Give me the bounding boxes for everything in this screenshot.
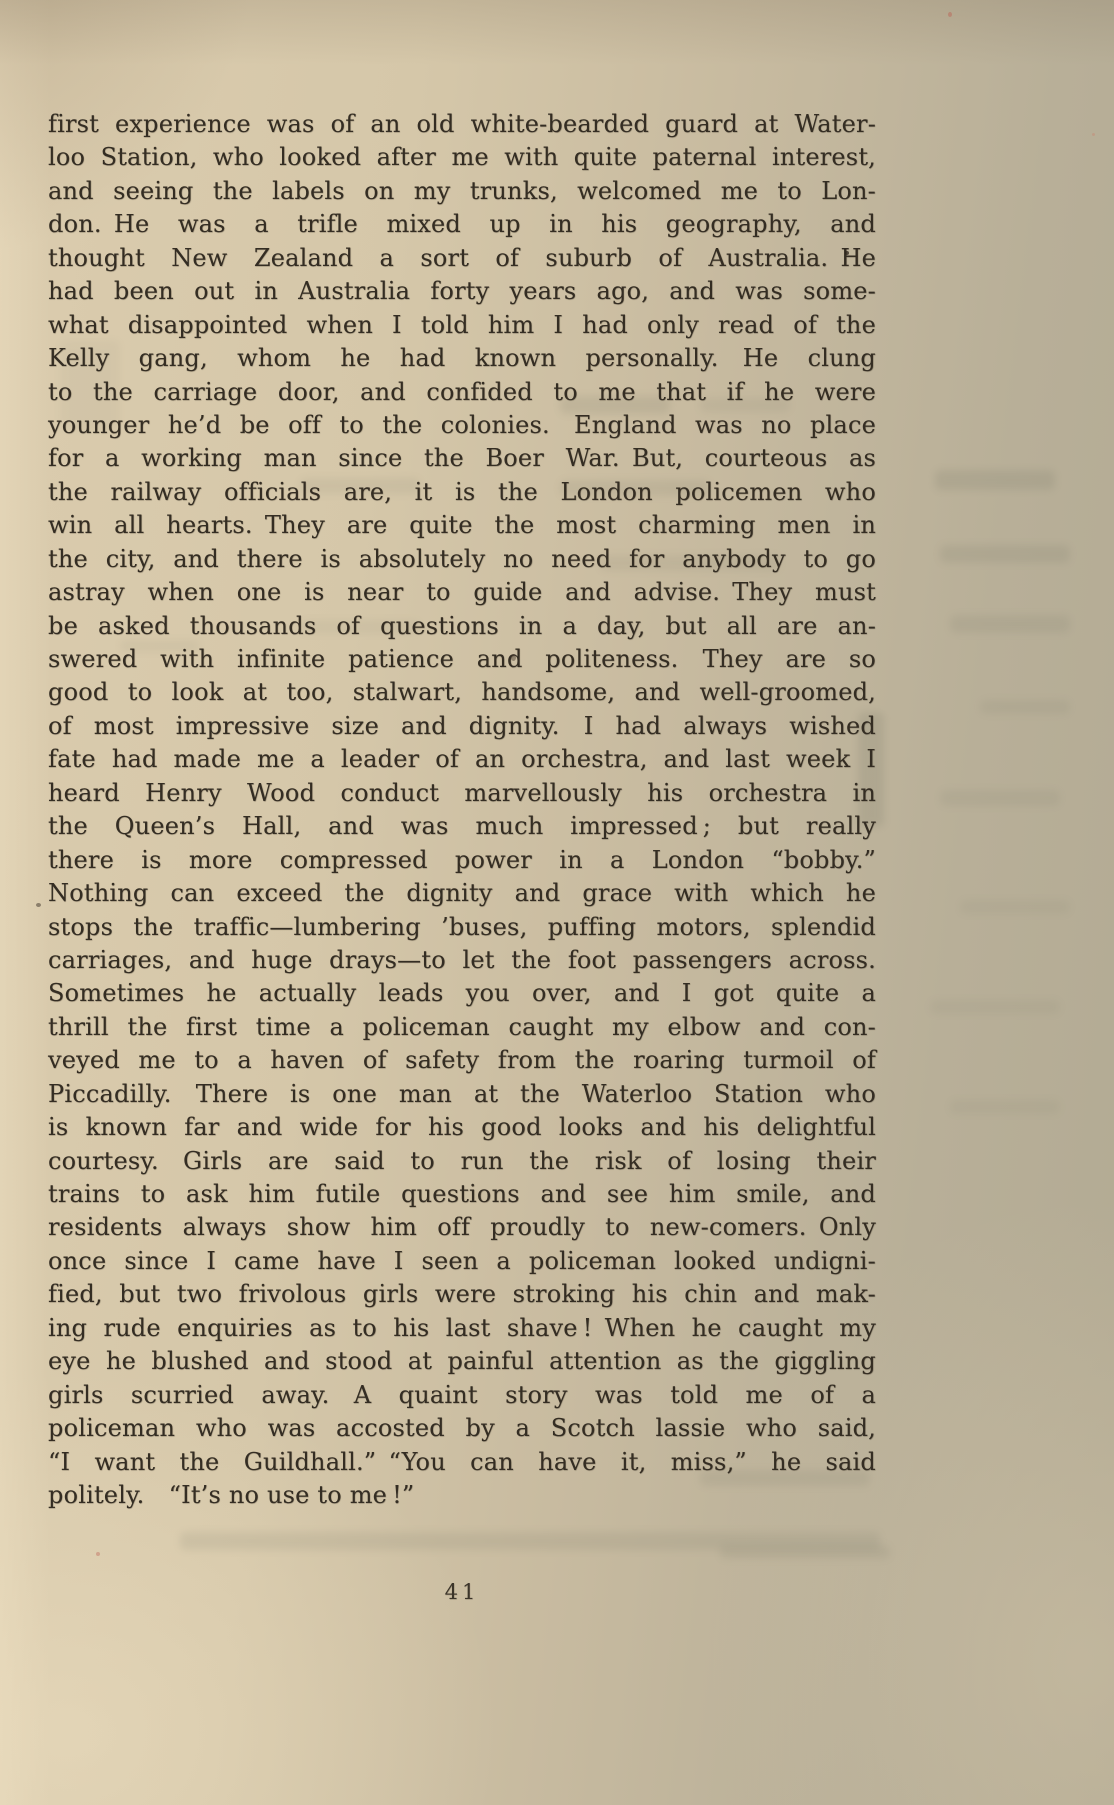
text-line: politely. “It’s no use to me !” [48,1479,876,1512]
book-page: first experience was of an old white-bea… [0,0,1114,1805]
text-line: fate had made me a leader of an orchestr… [48,743,876,776]
text-line: of most impressive size and dignity. I h… [48,710,876,743]
text-line: swered with infinite patience and polite… [48,643,876,676]
text-line: and seeing the labels on my trunks, welc… [48,175,876,208]
text-line: once since I came have I seen a policema… [48,1245,876,1278]
text-line: heard Henry Wood conduct marvellously hi… [48,777,876,810]
text-line: don. He was a trifle mixed up in his geo… [48,208,876,241]
text-line: for a working man since the Boer War. Bu… [48,442,876,475]
text-line: “I want the Guildhall.” “You can have it… [48,1446,876,1479]
ghost-smudge [980,700,1070,714]
text-line: what disappointed when I told him I had … [48,309,876,342]
text-line: win all hearts. They are quite the most … [48,509,876,542]
text-line: veyed me to a haven of safety from the r… [48,1044,876,1077]
text-line: residents always show him off proudly to… [48,1211,876,1244]
text-line: stops the traffic—lumbering ’buses, puff… [48,911,876,944]
text-line: the city, and there is absolutely no nee… [48,543,876,576]
ghost-smudge [940,545,1070,563]
ghost-smudge [930,1000,1060,1014]
text-line: younger he’d be off to the colonies. Eng… [48,409,876,442]
page-number: 41 [48,1580,876,1604]
ghost-smudge [960,900,1070,914]
text-line: Sometimes he actually leads you over, an… [48,977,876,1010]
text-line: Kelly gang, whom he had known personally… [48,342,876,375]
body-text: first experience was of an old white-bea… [48,108,876,1512]
text-line: girls scurried away. A quaint story was … [48,1379,876,1412]
text-line: trains to ask him futile questions and s… [48,1178,876,1211]
text-line: had been out in Australia forty years ag… [48,275,876,308]
text-line: thrill the first time a policeman caught… [48,1011,876,1044]
text-line: carriages, and huge drays—to let the foo… [48,944,876,977]
text-line: courtesy. Girls are said to run the risk… [48,1145,876,1178]
text-line: ing rude enquiries as to his last shave … [48,1312,876,1345]
text-line: to the carriage door, and confided to me… [48,376,876,409]
ghost-smudge [940,790,1060,806]
ghost-smudge [935,470,1055,490]
text-line: first experience was of an old white-bea… [48,108,876,141]
text-line: the railway officials are, it is the Lon… [48,476,876,509]
text-line: be asked thousands of questions in a day… [48,610,876,643]
ghost-smudge [720,1545,890,1559]
text-line: thought New Zealand a sort of suburb of … [48,242,876,275]
text-line: fied, but two frivolous girls were strok… [48,1278,876,1311]
text-line: the Queen’s Hall, and was much impressed… [48,810,876,843]
text-line: good to look at too, stalwart, handsome,… [48,676,876,709]
ink-speck [1092,133,1095,136]
text-line: Piccadilly. There is one man at the Wate… [48,1078,876,1111]
text-line: there is more compressed power in a Lond… [48,844,876,877]
ink-speck [948,12,952,17]
text-line: eye he blushed and stood at painful atte… [48,1345,876,1378]
text-line: Nothing can exceed the dignity and grace… [48,877,876,910]
text-line: astray when one is near to guide and adv… [48,576,876,609]
text-line: policeman who was accosted by a Scotch l… [48,1412,876,1445]
ghost-smudge [950,615,1070,633]
text-line: loo Station, who looked after me with qu… [48,141,876,174]
ink-speck [96,1552,100,1556]
ghost-smudge [180,1532,880,1550]
ink-speck [36,903,41,907]
ghost-smudge [950,1100,1060,1114]
text-line: is known far and wide for his good looks… [48,1111,876,1144]
